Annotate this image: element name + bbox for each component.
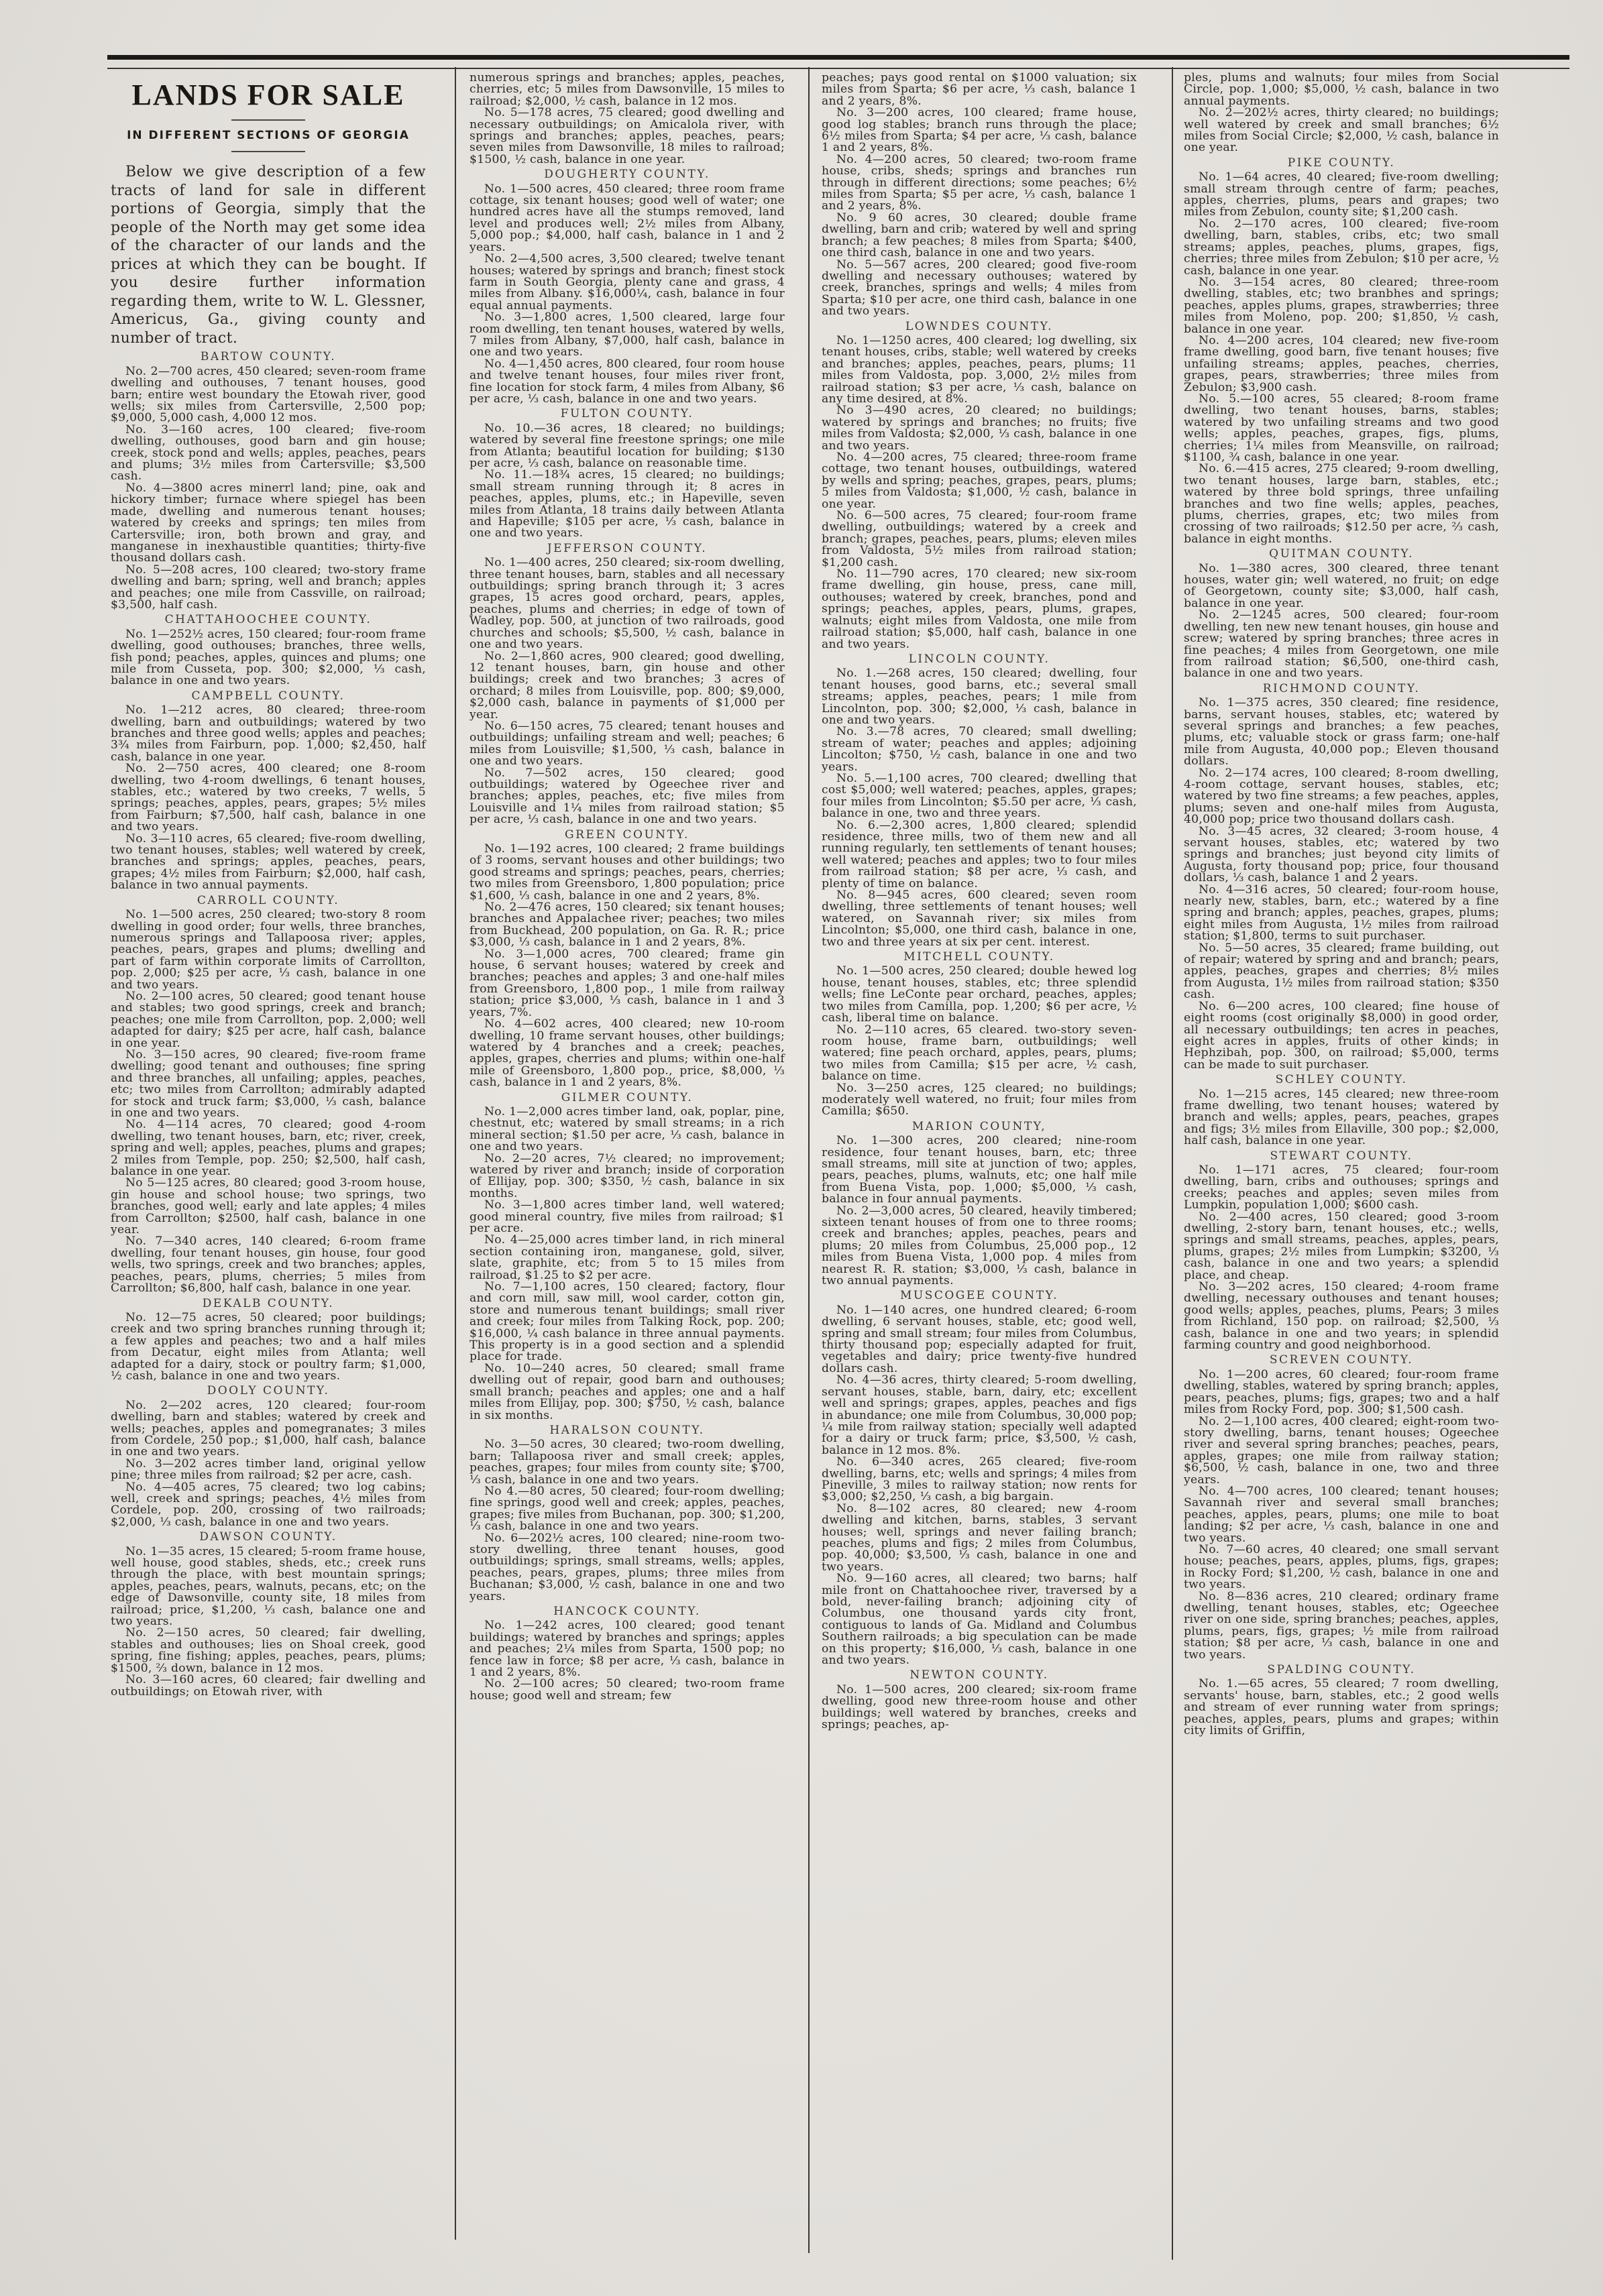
tract-listing: No. 2—476 acres, 150 cleared; six tenant… <box>469 902 785 949</box>
tract-listing: No. 1—242 acres, 100 cleared; good tenan… <box>469 1620 785 1678</box>
county-heading: SCHLEY COUNTY. <box>1184 1074 1499 1086</box>
tract-listing: No. 2—3,000 acres, 50 cleared, heavily t… <box>822 1206 1137 1287</box>
newspaper-page: LANDS FOR SALE IN DIFFERENT SECTIONS OF … <box>0 0 1603 2296</box>
county-heading: CAMPBELL COUNTY. <box>111 691 426 702</box>
tract-listing: No. 2—110 acres, 65 cleared. two-story s… <box>822 1025 1137 1083</box>
tract-listing: No. 2—1,100 acres, 400 cleared; eight-ro… <box>1184 1416 1499 1486</box>
tract-listing: No. 7—60 acres, 40 cleared; one small se… <box>1184 1544 1499 1591</box>
tract-listing: No. 3—200 acres, 100 cleared; frame hous… <box>822 107 1137 154</box>
tract-listing: No. 2—20 acres, 7½ cleared; no improveme… <box>469 1153 785 1200</box>
tract-listing: No. 3—202 acres, 150 cleared; 4-room fra… <box>1184 1281 1499 1351</box>
tract-listing: numerous springs and branches; apples, p… <box>469 72 785 107</box>
tract-listing: No. 1—200 acres, 60 cleared; four-room f… <box>1184 1369 1499 1416</box>
tract-listing: No. 5—567 acres, 200 cleared; good five-… <box>822 260 1137 318</box>
tract-listing: No. 4—316 acres, 50 cleared; four-room h… <box>1184 884 1499 943</box>
tract-listing: No. 6—340 acres, 265 cleared; five-room … <box>822 1456 1137 1503</box>
tract-listing: No. 7—1,100 acres, 150 cleared; factory,… <box>469 1281 785 1363</box>
tract-listing: No. 2—174 acres, 100 cleared; 8-room dwe… <box>1184 768 1499 826</box>
tract-listing: No. 2—202 acres, 120 cleared; four-room … <box>111 1400 426 1458</box>
tract-listing: No. 2—400 acres, 150 cleared; good 3-roo… <box>1184 1212 1499 1281</box>
county-heading: JEFFERSON COUNTY. <box>469 543 785 555</box>
tract-listing: No. 6—200 acres, 100 cleared; fine house… <box>1184 1001 1499 1071</box>
tract-listing: No 4.—80 acres, 50 cleared; four-room dw… <box>469 1486 785 1533</box>
tract-listing: No. 1—375 acres, 350 cleared; fine resid… <box>1184 697 1499 767</box>
tract-listing: No. 11—790 acres, 170 cleared; new six-r… <box>822 569 1137 650</box>
top-rule-thin <box>107 68 1569 69</box>
tract-listing: No. 1—300 acres, 200 cleared; nine-room … <box>822 1135 1137 1205</box>
tract-listing: No. 1—171 acres, 75 cleared; four-room d… <box>1184 1165 1499 1212</box>
tract-listing: No. 1—252½ acres, 150 cleared; four-room… <box>111 629 426 687</box>
tract-listing: No. 4—1,450 acres, 800 cleared, four roo… <box>469 359 785 406</box>
tract-listing: No. 1—2,000 acres timber land, oak, popl… <box>469 1106 785 1153</box>
county-heading: HANCOCK COUNTY. <box>469 1606 785 1617</box>
tract-listing: No. 2—700 acres, 450 cleared; seven-room… <box>111 366 426 424</box>
tract-listing: No 5—125 acres, 80 cleared; good 3-room … <box>111 1178 426 1236</box>
tract-listing: No. 1—380 acres, 300 cleared, three tena… <box>1184 563 1499 610</box>
tract-listing: No. 3—50 acres, 30 cleared; two-room dwe… <box>469 1439 785 1486</box>
tract-listing: No. 4—114 acres, 70 cleared; good 4-room… <box>111 1119 426 1178</box>
column-1: LANDS FOR SALE IN DIFFERENT SECTIONS OF … <box>111 72 426 1698</box>
tract-listing: No. 9—160 acres, all cleared; two barns;… <box>822 1573 1137 1666</box>
tract-listing: No. 4—3800 acres minerrl land; pine, oak… <box>111 483 426 565</box>
tract-listing: No. 6.—415 acres, 275 cleared; 9-room dw… <box>1184 463 1499 545</box>
tract-listing: No. 4—405 acres, 75 cleared; two log cab… <box>111 1482 426 1529</box>
tract-listing: No. 2—750 acres, 400 cleared; one 8-room… <box>111 763 426 833</box>
tract-listing: No. 4—200 acres, 75 cleared; three-room … <box>822 452 1137 510</box>
tract-listing: No. 3—1,000 acres, 700 cleared; frame gi… <box>469 949 785 1019</box>
tract-listing: No. 3—150 acres, 90 cleared; five-room f… <box>111 1049 426 1119</box>
tract-listing: No. 12—75 acres, 50 cleared; poor buildi… <box>111 1312 426 1382</box>
tract-listing: No. 4—36 acres, thirty cleared; 5-room d… <box>822 1375 1137 1456</box>
tract-listing: No. 3—1,800 acres timber land, well wate… <box>469 1200 785 1235</box>
column-body: ples, plums and walnuts; four miles from… <box>1184 72 1499 1737</box>
tract-listing: No. 9 60 acres, 30 cleared; double frame… <box>822 213 1137 260</box>
county-heading: NEWTON COUNTY. <box>822 1670 1137 1681</box>
county-heading: DOUGHERTY COUNTY. <box>469 169 785 180</box>
county-heading: LOWNDES COUNTY. <box>822 321 1137 333</box>
tract-listing: No. 7—502 acres, 150 cleared; good outbu… <box>469 768 785 826</box>
tract-listing: No. 6—500 acres, 75 cleared; four-room f… <box>822 510 1137 569</box>
tract-listing: No. 3—160 acres, 100 cleared; five-room … <box>111 424 426 483</box>
tract-listing: No. 1—215 acres, 145 cleared; new three-… <box>1184 1089 1499 1147</box>
intro-paragraph: Below we give description of a few tract… <box>111 163 426 347</box>
county-heading: HARALSON COUNTY. <box>469 1425 785 1436</box>
tract-listing: No. 1—500 acres, 450 cleared; three room… <box>469 184 785 253</box>
tract-listing: No. 3—1,800 acres, 1,500 cleared, large … <box>469 312 785 359</box>
tract-listing: No. 1.—65 acres, 55 cleared; 7 room dwel… <box>1184 1678 1499 1737</box>
county-heading: STEWART COUNTY. <box>1184 1151 1499 1162</box>
tract-listing: No. 2—4,500 acres, 3,500 cleared; twelve… <box>469 253 785 312</box>
tract-listing: No. 3—250 acres, 125 cleared; no buildin… <box>822 1083 1137 1118</box>
column-body: peaches; pays good rental on $1000 valua… <box>822 72 1137 1731</box>
tract-listing: No. 5.—100 acres, 55 cleared; 8-room fra… <box>1184 394 1499 463</box>
county-heading: MUSCOGEE COUNTY. <box>822 1290 1137 1302</box>
tract-listing: No. 2—1245 acres, 500 cleared; four-room… <box>1184 610 1499 679</box>
county-heading: PIKE COUNTY. <box>1184 158 1499 169</box>
tract-listing: No. 11.—18¾ acres, 15 cleared; no buildi… <box>469 469 785 539</box>
county-heading: SPALDING COUNTY. <box>1184 1664 1499 1676</box>
tract-listing: No. 2—202½ acres, thirty cleared; no bui… <box>1184 107 1499 154</box>
tract-listing: No. 4—200 acres, 50 cleared; two-room fr… <box>822 154 1137 213</box>
county-heading: DEKALB COUNTY. <box>111 1298 426 1310</box>
column-body: numerous springs and branches; apples, p… <box>469 72 785 1702</box>
tract-listing: No. 4—25,000 acres timber land, in rich … <box>469 1235 785 1281</box>
tract-listing: No. 3—110 acres, 65 cleared; five-room d… <box>111 834 426 892</box>
tract-listing: No. 8—102 acres, 80 cleared; new 4-room … <box>822 1503 1137 1573</box>
column-divider <box>455 67 456 2240</box>
county-heading: RICHMOND COUNTY. <box>1184 683 1499 695</box>
county-heading: SCREVEN COUNTY. <box>1184 1355 1499 1366</box>
headline: LANDS FOR SALE <box>111 78 426 113</box>
tract-listing: No. 1.—268 acres, 150 cleared; dwelling,… <box>822 668 1137 726</box>
tract-listing: No. 3—45 acres, 32 cleared; 3-room house… <box>1184 826 1499 884</box>
column-4: ples, plums and walnuts; four miles from… <box>1184 72 1499 1737</box>
county-heading: MITCHELL COUNTY. <box>822 952 1137 963</box>
tract-listing: No. 1—140 acres, one hundred cleared; 6-… <box>822 1305 1137 1375</box>
tract-listing: No. 3—154 acres, 80 cleared; three-room … <box>1184 277 1499 335</box>
tract-listing: No. 2—1,860 acres, 900 cleared; good dwe… <box>469 651 785 721</box>
tract-listing: No 3—490 acres, 20 cleared; no buildings… <box>822 405 1137 452</box>
tract-listing: No. 5.—1,100 acres, 700 cleared; dwellin… <box>822 773 1137 820</box>
county-heading: DAWSON COUNTY. <box>111 1532 426 1543</box>
tract-listing: No. 10.—36 acres, 18 cleared; no buildin… <box>469 423 785 470</box>
column-2: numerous springs and branches; apples, p… <box>469 72 785 1702</box>
tract-listing: No. 1—64 acres, 40 cleared; five-room dw… <box>1184 172 1499 219</box>
tract-listing: No. 2—150 acres, 50 cleared; fair dwelli… <box>111 1627 426 1674</box>
county-heading: DOOLY COUNTY. <box>111 1385 426 1397</box>
subheadline: IN DIFFERENT SECTIONS OF GEORGIA <box>111 130 426 141</box>
tract-listing: No. 2—170 acres, 100 cleared; five-room … <box>1184 219 1499 277</box>
tract-listing: No. 1—500 acres, 200 cleared; six-room f… <box>822 1684 1137 1731</box>
county-heading: GILMER COUNTY. <box>469 1092 785 1104</box>
tract-listing: No. 6.—2,300 acres, 1,800 cleared; splen… <box>822 820 1137 890</box>
tract-listing: No. 7—340 acres, 140 cleared; 6-room fra… <box>111 1236 426 1294</box>
column-divider <box>808 67 810 2253</box>
county-heading: QUITMAN COUNTY. <box>1184 549 1499 560</box>
tract-listing: No. 2—100 acres; 50 cleared; two-room fr… <box>469 1678 785 1702</box>
tract-listing: No. 4—602 acres, 400 cleared; new 10-roo… <box>469 1019 785 1088</box>
tract-listing: No. 1—1250 acres, 400 cleared; log dwell… <box>822 335 1137 405</box>
subheadline-rule <box>231 151 305 152</box>
top-rule-thick <box>107 55 1569 60</box>
tract-listing: No. 1—400 acres, 250 cleared; six-room d… <box>469 557 785 650</box>
tract-listing: No. 6—202½ acres, 100 cleared; nine-room… <box>469 1533 785 1603</box>
column-divider <box>1172 67 1173 2260</box>
tract-listing: No. 8—945 acres, 600 cleared; seven room… <box>822 890 1137 948</box>
tract-listing: No. 1—192 acres, 100 cleared; 2 frame bu… <box>469 844 785 902</box>
county-heading: CHATTAHOOCHEE COUNTY. <box>111 614 426 626</box>
tract-listing: No. 10—240 acres, 50 cleared; small fram… <box>469 1363 785 1422</box>
county-heading: LINCOLN COUNTY. <box>822 654 1137 665</box>
tract-listing: ples, plums and walnuts; four miles from… <box>1184 72 1499 107</box>
county-heading: MARION COUNTY, <box>822 1121 1137 1133</box>
county-heading: GREEN COUNTY. <box>469 829 785 841</box>
county-heading: CARROLL COUNTY. <box>111 895 426 907</box>
tract-listing: peaches; pays good rental on $1000 valua… <box>822 72 1137 107</box>
tract-listing: No. 1—35 acres, 15 cleared; 5-room frame… <box>111 1546 426 1628</box>
tract-listing: No. 1—212 acres, 80 cleared; three-room … <box>111 705 426 763</box>
tract-listing: No. 1—500 acres, 250 cleared; two-story … <box>111 909 426 991</box>
county-heading: BARTOW COUNTY. <box>111 351 426 363</box>
tract-listing: No. 3—202 acres timber land, original ye… <box>111 1458 426 1482</box>
tract-listing: No. 8—836 acres, 210 cleared; ordinary f… <box>1184 1591 1499 1661</box>
tract-listing: No. 1—500 acres, 250 cleared; double hew… <box>822 966 1137 1024</box>
tract-listing: No. 2—100 acres, 50 cleared; good tenant… <box>111 991 426 1049</box>
tract-listing: No. 6—150 acres, 75 cleared; tenant hous… <box>469 721 785 768</box>
county-heading: FULTON COUNTY. <box>469 408 785 420</box>
tract-listing: No. 5—50 acres, 35 cleared; frame buildi… <box>1184 943 1499 1001</box>
tract-listing: No. 5—178 acres, 75 cleared; good dwelli… <box>469 107 785 166</box>
headline-rule <box>231 119 305 121</box>
tract-listing: No. 5—208 acres, 100 cleared; two-story … <box>111 565 426 612</box>
column-body: BARTOW COUNTY.No. 2—700 acres, 450 clear… <box>111 351 426 1698</box>
tract-listing: No. 4—200 acres, 104 cleared; new five-r… <box>1184 335 1499 394</box>
tract-listing: No. 3—160 acres, 60 cleared; fair dwelli… <box>111 1674 426 1698</box>
tract-listing: No. 3.—78 acres, 70 cleared; small dwell… <box>822 726 1137 773</box>
tract-listing: No. 4—700 acres, 100 cleared; tenant hou… <box>1184 1486 1499 1544</box>
column-3: peaches; pays good rental on $1000 valua… <box>822 72 1137 1731</box>
